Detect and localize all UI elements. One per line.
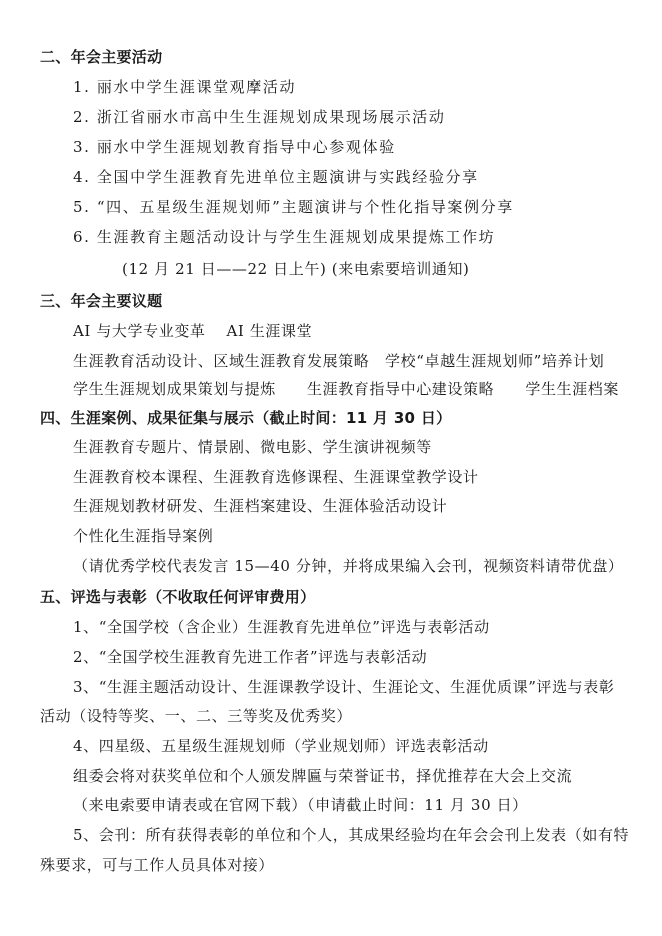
award-item-2: 2、“全国学校生涯教育先进工作者”评选与表彰活动	[73, 647, 427, 667]
section-heading-activities: 二、年会主要活动	[40, 47, 162, 67]
activity-item-4: 4. 全国中学生涯教育先进单位主题演讲与实践经验分享	[73, 167, 479, 187]
section-heading-cases: 四、生涯案例、成果征集与展示（截止时间：11 月 30 日）	[40, 408, 451, 428]
award-item-3-cont: 活动（设特等奖、一、二、三等奖及优秀奖）	[40, 706, 352, 726]
topic-line-3: 学生生涯规划成果策划与提炼 生涯教育指导中心建设策略 学生生涯档案	[73, 379, 619, 399]
award-application-note: （来电索要申请表或在官网下载）（申请截止时间：11 月 30 日）	[73, 795, 528, 815]
activity-note: (12 月 21 日——22 日上午) (来电索要培训通知)	[122, 259, 470, 279]
activity-item-3: 3. 丽水中学生涯规划教育指导中心参观体验	[73, 137, 396, 157]
award-item-5: 5、会刊：所有获得表彰的单位和个人，其成果经验均在年会会刊上发表（如有特	[73, 825, 629, 845]
topic-line-1: AI 与大学专业变革 AI 生涯课堂	[73, 321, 312, 341]
award-item-4: 4、四星级、五星级生涯规划师（学业规划师）评选表彰活动	[73, 736, 489, 756]
activity-item-6: 6. 生涯教育主题活动设计与学生生涯规划成果提炼工作坊	[73, 227, 495, 247]
case-note: （请优秀学校代表发言 15—40 分钟，并将成果编入会刊，视频资料请带优盘）	[73, 556, 624, 576]
section-heading-awards: 五、评选与表彰（不收取任何评审费用）	[40, 587, 315, 607]
case-line-3: 生涯规划教材研发、生涯档案建设、生涯体验活动设计	[73, 496, 447, 516]
section-heading-topics: 三、年会主要议题	[40, 291, 162, 311]
activity-item-5: 5. “四、五星级生涯规划师”主题演讲与个性化指导案例分享	[73, 197, 514, 217]
award-item-1: 1、“全国学校（含企业）生涯教育先进单位”评选与表彰活动	[73, 617, 490, 637]
case-line-1: 生涯教育专题片、情景剧、微电影、学生演讲视频等	[73, 437, 432, 457]
case-line-4: 个性化生涯指导案例	[73, 526, 213, 546]
award-item-3: 3、“生涯主题活动设计、生涯课教学设计、生涯论文、生涯优质课”评选与表彰	[73, 677, 614, 697]
activity-item-1: 1. 丽水中学生涯课堂观摩活动	[73, 77, 296, 97]
topic-line-2: 生涯教育活动设计、区域生涯教育发展策略 学校“卓越生涯规划师”培养计划	[73, 351, 604, 371]
award-committee-note: 组委会将对获奖单位和个人颁发牌匾与荣誉证书，择优推荐在大会上交流	[73, 766, 572, 786]
award-item-5-cont: 殊要求，可与工作人员具体对接）	[40, 855, 274, 875]
case-line-2: 生涯教育校本课程、生涯教育选修课程、生涯课堂教学设计	[73, 467, 479, 487]
activity-item-2: 2. 浙江省丽水市高中生生涯规划成果现场展示活动	[73, 107, 445, 127]
